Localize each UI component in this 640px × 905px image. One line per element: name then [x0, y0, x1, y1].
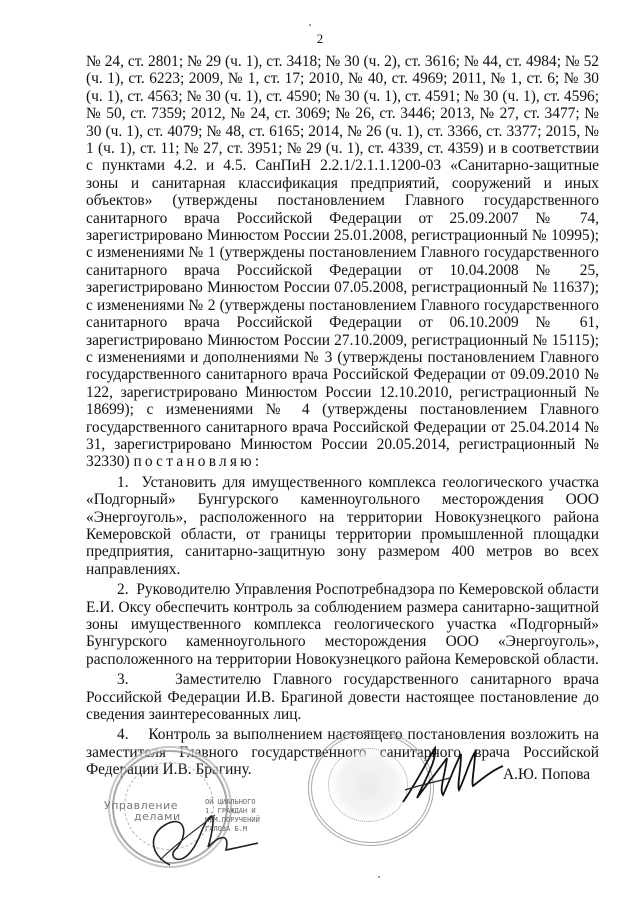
stamp-side-line: ОЙ ЦИАЛЬНОГО: [205, 798, 260, 807]
resolution-item-2: 2. Руководителю Управления Роспотребнадз…: [86, 581, 599, 668]
stamp-left-sub-text: делами: [104, 811, 181, 822]
stamp-left-label: Управление делами: [104, 800, 181, 822]
scan-speck: [309, 24, 311, 26]
resolve-word: постановляю:: [133, 453, 262, 470]
stamp-left-side-text: ОЙ ЦИАЛЬНОГО1. ГРАЖДАН ИМЕМ.ПОРУЧЕНИЙГАЛ…: [205, 798, 260, 834]
intro-paragraph: № 24, ст. 2801; № 29 (ч. 1), ст. 3418; №…: [86, 53, 599, 471]
legal-references-text: № 24, ст. 2801; № 29 (ч. 1), ст. 3418; №…: [86, 53, 599, 470]
item-number: 4.: [117, 726, 129, 743]
resolution-item-3: 3. Заместителю Главного государственного…: [86, 671, 599, 723]
stamp-side-line: МЕМ.ПОРУЧЕНИЙ: [205, 816, 260, 825]
emblem-icon: [328, 748, 408, 822]
item-number: 1.: [117, 474, 129, 491]
scan-speck: [378, 876, 380, 878]
stamp-side-line: ГАЛОЗА Б.М: [205, 825, 260, 834]
document-body: № 24, ст. 2801; № 29 (ч. 1), ст. 3418; №…: [86, 53, 599, 779]
signer-name: А.Ю. Попова: [503, 766, 590, 784]
item-number: 3.: [117, 671, 129, 688]
item-text: Установить для имущественного комплекса …: [86, 474, 599, 578]
item-number: 2.: [117, 581, 129, 598]
page-number: 2: [0, 31, 640, 47]
resolution-item-1: 1. Установить для имущественного комплек…: [86, 474, 599, 578]
item-text: Заместителю Главного государственного са…: [86, 671, 599, 723]
stamp-state-seal: [308, 730, 434, 846]
stamp-side-line: 1. ГРАЖДАН И: [205, 807, 260, 816]
item-text: Руководителю Управления Роспотребнадзора…: [86, 581, 599, 668]
